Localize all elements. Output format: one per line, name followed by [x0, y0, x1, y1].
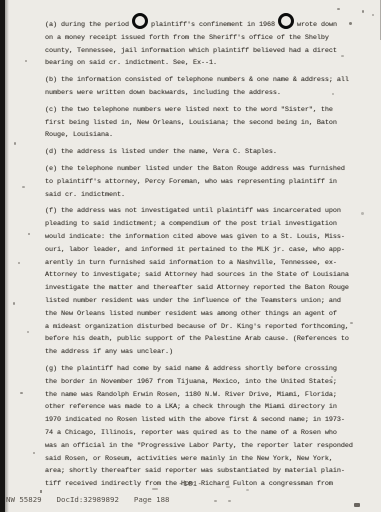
- text-line: 1970 indicated no Rosen listed with the …: [45, 414, 360, 427]
- scan-noise: [27, 331, 29, 333]
- scan-noise: [228, 500, 231, 502]
- scanned-document-page: (a) during the periodplaintiff's confine…: [0, 0, 381, 512]
- scan-noise: [20, 392, 23, 394]
- scan-noise: [372, 14, 374, 16]
- scan-noise: [362, 10, 364, 13]
- text-line: to plaintiff's attorney, Percy Foreman, …: [45, 176, 360, 189]
- text-line: arently in turn furnished said informati…: [45, 257, 360, 270]
- text-line: bearing on said cr. indictment. See, Ex-…: [45, 57, 360, 70]
- archive-footer: NW 55829DocId:32989892Page 188: [6, 495, 185, 504]
- text-line: would indicate: the information cited ab…: [45, 231, 360, 244]
- scan-noise: [18, 262, 20, 264]
- text-line: first being listed in, New Orleans, Loui…: [45, 117, 360, 130]
- archive-stamp: NW 55829: [6, 495, 42, 504]
- text-line: investigate the matter and thereafter sa…: [45, 282, 360, 295]
- text-line: listed number resident was under the inf…: [45, 295, 360, 308]
- text-line: (f) the address was not investigated unt…: [45, 205, 360, 218]
- text-line: the border in November 1967 from Tijuana…: [45, 376, 360, 389]
- text-segment: plaintiff's confinement in 1968: [151, 21, 275, 29]
- scan-noise: [354, 503, 360, 507]
- text-line: the address if any was unclear.): [45, 346, 360, 359]
- scan-noise: [350, 322, 353, 324]
- text-line: area; shortly thereafter said reporter w…: [45, 465, 360, 478]
- redaction-mark: [278, 13, 294, 29]
- text-line: the New Orleans listed number resident w…: [45, 308, 360, 321]
- text-line-redacted: (a) during the periodplaintiff's confine…: [45, 13, 360, 32]
- scan-noise: [152, 488, 158, 490]
- scan-noise: [33, 452, 35, 454]
- paragraph-e: (e) the telephone number listed under th…: [45, 163, 360, 201]
- paragraph-a: (a) during the periodplaintiff's confine…: [45, 13, 360, 70]
- scan-noise: [337, 8, 340, 10]
- text-line: (d) the address is listed under the name…: [45, 146, 360, 159]
- paragraph-c: (c) the two telephone numbers were liste…: [45, 104, 360, 142]
- scan-noise: [226, 486, 230, 488]
- text-line: 74 a Chicago, Illinois, reporter was qui…: [45, 427, 360, 440]
- scan-noise: [332, 93, 334, 95]
- scan-noise: [25, 60, 27, 62]
- scan-noise: [40, 490, 42, 493]
- text-segment: (a) during the period: [45, 21, 129, 29]
- text-line: the name was Randolph Erwin Rosen, 1180 …: [45, 389, 360, 402]
- text-segment: wrote down: [297, 21, 337, 29]
- text-line: (b) the information consisted of telepho…: [45, 74, 360, 87]
- text-line: (c) the two telephone numbers were liste…: [45, 104, 360, 117]
- redaction-mark: [132, 13, 148, 29]
- text-line: ouri, labor leader, and informed it pert…: [45, 244, 360, 257]
- text-line: said cr. indictment.: [45, 189, 360, 202]
- paragraph-f: (f) the address was not investigated unt…: [45, 205, 360, 359]
- scan-noise: [28, 233, 30, 235]
- scan-noise: [331, 376, 333, 378]
- text-line: on a money receipt issued forth from the…: [45, 32, 360, 45]
- scan-noise: [361, 212, 364, 215]
- text-line: numbers were written down backwards, inc…: [45, 87, 360, 100]
- text-line: (g) the plaintiff had come by said name …: [45, 363, 360, 376]
- archive-docid: DocId:32989892: [57, 495, 119, 504]
- text-line: was an official in the "Progressive Labo…: [45, 440, 360, 453]
- scan-noise: [14, 142, 16, 145]
- scan-noise: [341, 55, 344, 57]
- archive-page-label: Page 188: [134, 495, 170, 504]
- text-line: county, Tennessee, jail information whic…: [45, 45, 360, 58]
- scan-edge-shadow: [5, 0, 9, 512]
- page-number: -181-: [0, 481, 381, 489]
- scan-noise: [214, 500, 217, 502]
- text-line: other reference was made to a LKA; a che…: [45, 401, 360, 414]
- scan-noise: [22, 186, 25, 188]
- text-line: Attorney to investigate; said Attorney h…: [45, 269, 360, 282]
- text-line: a mideast organization disturbed because…: [45, 321, 360, 334]
- text-line: pleading to said indictment; a compendiu…: [45, 218, 360, 231]
- paragraph-d: (d) the address is listed under the name…: [45, 146, 360, 159]
- text-line: said Rosen, or Roseum, activities were m…: [45, 453, 360, 466]
- scan-noise: [246, 489, 249, 491]
- text-line: Rouge, Louisiana.: [45, 129, 360, 142]
- scan-noise: [13, 302, 15, 305]
- paragraph-b: (b) the information consisted of telepho…: [45, 74, 360, 100]
- text-line: (e) the telephone number listed under th…: [45, 163, 360, 176]
- text-line: before his death, public support of the …: [45, 333, 360, 346]
- paragraph-g: (g) the plaintiff had come by said name …: [45, 363, 360, 491]
- document-body: (a) during the periodplaintiff's confine…: [45, 13, 360, 495]
- scan-noise: [349, 22, 352, 25]
